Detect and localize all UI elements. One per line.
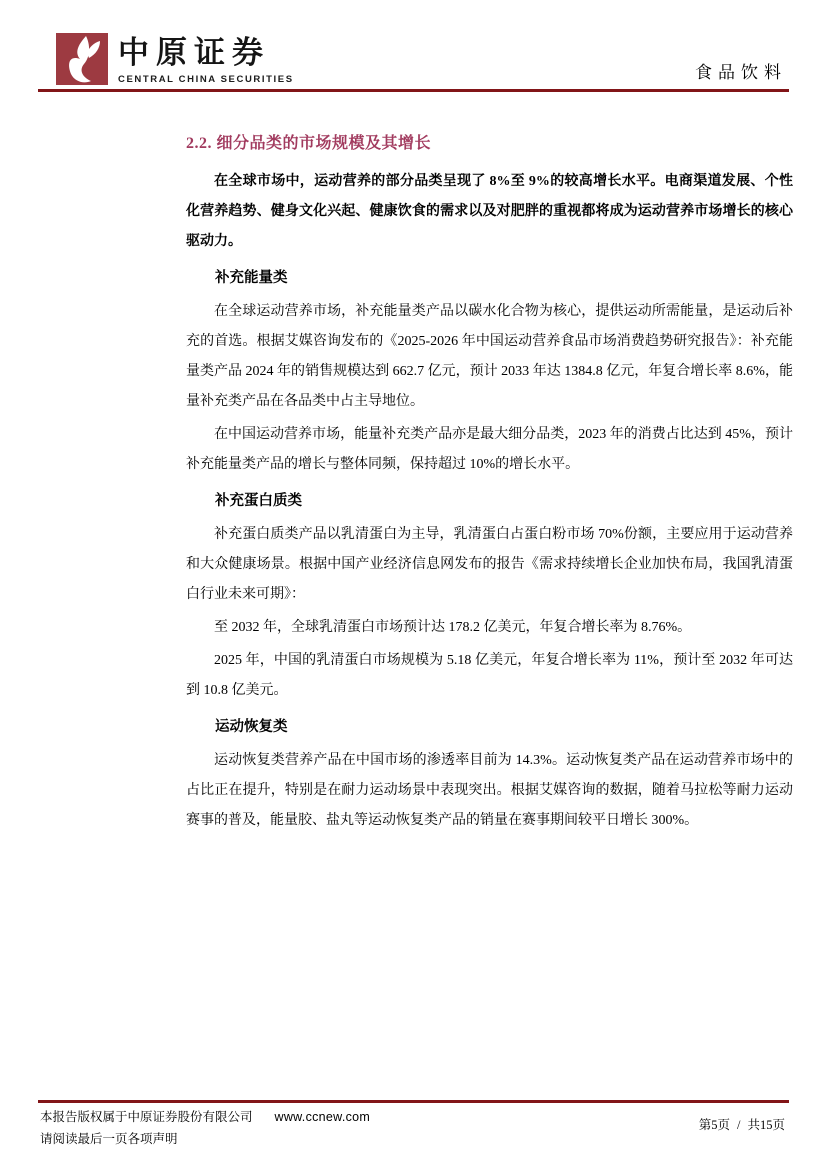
copyright-text: 本报告版权属于中原证券股份有限公司 — [40, 1110, 253, 1124]
subsection-heading-protein: 补充蛋白质类 — [186, 487, 793, 515]
website-link[interactable]: www.ccnew.com — [275, 1110, 371, 1124]
paragraph: 补充蛋白质类产品以乳清蛋白为主导，乳清蛋白占蛋白粉市场 70%份额，主要应用于运… — [186, 520, 793, 610]
paragraph: 在中国运动营养市场，能量补充类产品亦是最大细分品类，2023 年的消费占比达到 … — [186, 420, 793, 480]
brand-logo-icon — [56, 33, 108, 85]
section-title: 2.2. 细分品类的市场规模及其增长 — [186, 130, 793, 153]
header-divider — [38, 89, 789, 92]
page-current: 第5页 — [699, 1118, 730, 1132]
footer-divider — [38, 1100, 789, 1103]
paragraph: 运动恢复类营养产品在中国市场的渗透率目前为 14.3%。运动恢复类产品在运动营养… — [186, 746, 793, 836]
lead-paragraph: 在全球市场中，运动营养的部分品类呈现了 8%至 9%的较高增长水平。电商渠道发展… — [186, 167, 793, 257]
paragraph: 在全球运动营养市场，补充能量类产品以碳水化合物为核心，提供运动所需能量，是运动后… — [186, 297, 793, 417]
subsection-heading-energy: 补充能量类 — [186, 264, 793, 292]
page-total: 共15页 — [747, 1118, 785, 1132]
page-separator: / — [737, 1118, 740, 1132]
report-body: 2.2. 细分品类的市场规模及其增长 在全球市场中，运动营养的部分品类呈现了 8… — [186, 130, 793, 839]
paragraph: 2025 年，中国的乳清蛋白市场规模为 5.18 亿美元，年复合增长率为 11%… — [186, 646, 793, 706]
page-number: 第5页/共15页 — [699, 1115, 785, 1133]
footer-left: 本报告版权属于中原证券股份有限公司www.ccnew.com 请阅读最后一页各项… — [40, 1106, 370, 1150]
footer-disclaimer: 请阅读最后一页各项声明 — [40, 1128, 370, 1150]
paragraph: 至 2032 年，全球乳清蛋白市场预计达 178.2 亿美元，年复合增长率为 8… — [186, 613, 793, 643]
brand-block: 中原证券 CENTRAL CHINA SECURITIES — [118, 36, 294, 85]
report-page: 中原证券 CENTRAL CHINA SECURITIES 食品饮料 2.2. … — [0, 0, 827, 1169]
footer-copyright-line: 本报告版权属于中原证券股份有限公司www.ccnew.com — [40, 1106, 370, 1128]
brand-name-en: CENTRAL CHINA SECURITIES — [118, 74, 294, 85]
report-category: 食品饮料 — [695, 58, 787, 83]
subsection-heading-recovery: 运动恢复类 — [186, 713, 793, 741]
brand-name-cn: 中原证券 — [118, 36, 294, 70]
